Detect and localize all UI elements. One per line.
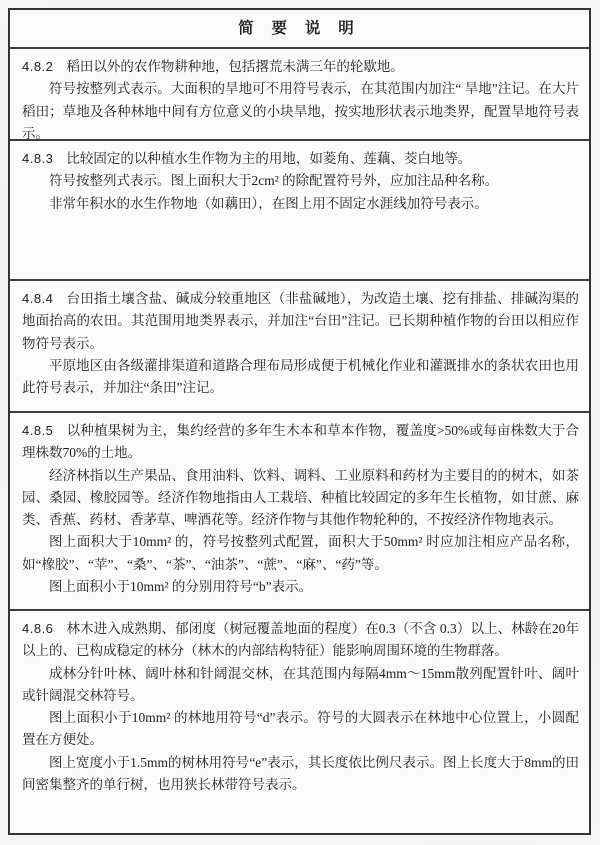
table-header: 简 要 说 明	[10, 10, 589, 47]
section-lead: 4.8.6林木进入成熟期、郁闭度（树冠覆盖地面的程度）在0.3（不含 0.3）以…	[22, 618, 579, 663]
spec-table: 简 要 说 明 4.8.2稻田以外的农作物耕种地，包括撂荒未满三年的轮歇地。 符…	[8, 8, 591, 835]
section-paragraph: 图上面积小于10mm² 的林地用符号“d”表示。符号的大圆表示在林地中心位置上，…	[22, 707, 579, 752]
section-number: 4.8.2	[22, 59, 53, 74]
section-paragraph: 图上宽度小于1.5mm的树林用符号“e”表示，其长度依比例尺表示。图上长度大于8…	[22, 752, 579, 797]
section-paragraph: 图上面积大于10mm² 的，符号按整列式配置，面积大于50mm² 时应加注相应产…	[22, 531, 579, 576]
section-paragraph: 符号按整列式表示。大面积的旱地可不用符号表示，在其范围内加注“ 旱地”注记。在大…	[22, 78, 579, 145]
section-paragraph: 非常年积水的水生作物地（如藕田），在图上用不固定水涯线加符号表示。	[22, 193, 579, 215]
section-lead: 4.8.4台田指土壤含盐、碱成分较重地区（非盐碱地），为改造土壤、挖有排盐、排碱…	[22, 288, 579, 355]
section-lead: 4.8.5以种植果树为主，集约经营的多年生木本和草本作物，覆盖度>50%或每亩株…	[22, 420, 579, 465]
section-number: 4.8.5	[22, 423, 53, 438]
section-number: 4.8.6	[22, 621, 53, 636]
section-lead-text: 以种植果树为主，集约经营的多年生木本和草本作物，覆盖度>50%或每亩株数大于合理…	[22, 423, 579, 460]
section-lead: 4.8.2稻田以外的农作物耕种地，包括撂荒未满三年的轮歇地。	[22, 56, 579, 78]
section-lead: 4.8.3比较固定的以种植水生作物为主的用地，如菱角、莲藕、茭白地等。	[22, 148, 579, 170]
section-4-8-5: 4.8.5以种植果树为主，集约经营的多年生木本和草本作物，覆盖度>50%或每亩株…	[10, 411, 589, 609]
section-paragraph: 图上面积小于10mm² 的分别用符号“b”表示。	[22, 576, 579, 598]
section-paragraph: 符号按整列式表示。图上面积大于2cm² 的除配置符号外，应加注品种名称。	[22, 170, 579, 192]
section-lead-text: 稻田以外的农作物耕种地，包括撂荒未满三年的轮歇地。	[66, 59, 404, 74]
section-4-8-2: 4.8.2稻田以外的农作物耕种地，包括撂荒未满三年的轮歇地。 符号按整列式表示。…	[10, 47, 589, 139]
section-paragraph: 经济林指以生产果品、食用油料、饮料、调料、工业原料和药材为主要目的的树木，如茶园…	[22, 465, 579, 532]
section-paragraph: 成林分针叶林、阔叶林和针阔混交林，在其范围内每隔4mm～15mm散列配置针叶、阔…	[22, 663, 579, 708]
section-4-8-3: 4.8.3比较固定的以种植水生作物为主的用地，如菱角、莲藕、茭白地等。 符号按整…	[10, 139, 589, 279]
section-number: 4.8.4	[22, 291, 53, 306]
section-4-8-6: 4.8.6林木进入成熟期、郁闭度（树冠覆盖地面的程度）在0.3（不含 0.3）以…	[10, 609, 589, 833]
section-lead-text: 台田指土壤含盐、碱成分较重地区（非盐碱地），为改造土壤、挖有排盐、排碱沟渠的地面…	[22, 291, 579, 351]
section-number: 4.8.3	[22, 151, 53, 166]
section-lead-text: 比较固定的以种植水生作物为主的用地，如菱角、莲藕、茭白地等。	[66, 151, 471, 166]
section-paragraph: 平原地区由各级灌排渠道和道路合理布局形成便于机械化作业和灌溉排水的条状农田也用此…	[22, 355, 579, 400]
section-lead-text: 林木进入成熟期、郁闭度（树冠覆盖地面的程度）在0.3（不含 0.3）以上、林龄在…	[22, 621, 579, 658]
page-title: 简 要 说 明	[238, 20, 361, 37]
section-4-8-4: 4.8.4台田指土壤含盐、碱成分较重地区（非盐碱地），为改造土壤、挖有排盐、排碱…	[10, 279, 589, 411]
